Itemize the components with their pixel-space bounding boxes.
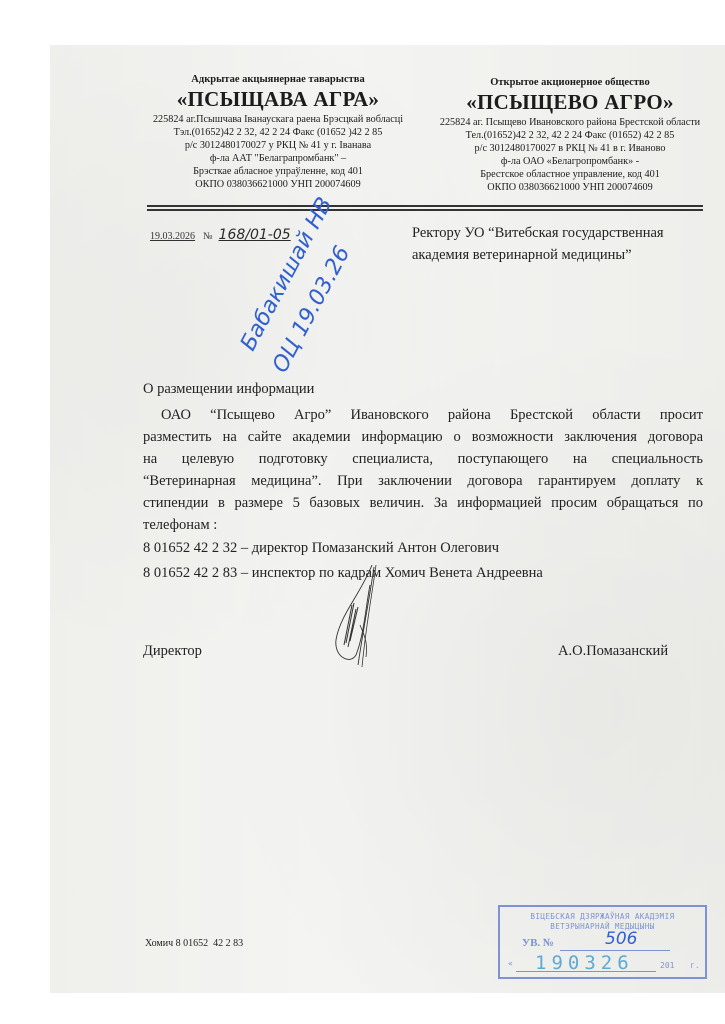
stamp-date-prefix: « [508, 959, 513, 968]
company-name: «ПСЫЩАВА АГРА» [142, 87, 414, 111]
body-line: разместить на сайте академии информацию … [143, 426, 703, 448]
phone-line: Тел.(01652)42 2 32, 42 2 24 Факс (01652)… [422, 129, 718, 142]
bank-line: ф-ла ААТ "Белаграпромбанк" – [142, 152, 414, 165]
signatory-position: Директор [143, 640, 202, 662]
number-sign: № [203, 231, 213, 242]
contact-hr-inspector: 8 01652 42 2 83 – инспектор по кадрам Хо… [143, 561, 703, 586]
address-line: 225824 аг. Псыщево Ивановского района Бр… [422, 116, 718, 129]
executor-note: Хомич 8 01652 42 2 83 [145, 938, 243, 949]
contacts-list: 8 01652 42 2 32 – директор Помазанский А… [143, 536, 703, 586]
stamp-year-suffix: г. [690, 961, 700, 970]
outgoing-date: 19.03.2026 [150, 231, 195, 242]
stamp-date-value: 190326 [535, 952, 634, 974]
addressee-line-1: Ректору УО “Витебская государственная [412, 222, 712, 244]
company-name: «ПСЫЩЕВО АГРО» [422, 90, 718, 114]
addressee-line-2: академия ветеринарной медицины” [412, 244, 712, 266]
addressee-block: Ректору УО “Витебская государственная ак… [412, 222, 712, 266]
signature-scribble [330, 565, 400, 670]
body-line: “Ветеринарная медицина”. При заключении … [143, 470, 703, 492]
letterhead-russian: Открытое акционерное общество «ПСЫЩЕВО А… [422, 77, 718, 194]
header-rule-top [147, 205, 703, 207]
company-kind: Адкрытае акцыянернае таварыства [142, 74, 414, 85]
registration-stamp: ВІЦЕБСКАЯ ДЗЯРЖАЎНАЯ АКАДЭМІЯ ВЕТЭРЫНАРН… [498, 905, 707, 979]
stamp-reg-underline [560, 950, 670, 951]
company-kind: Открытое акционерное общество [422, 77, 718, 88]
account-line: р/с 3012480170027 в РКЦ № 41 в г. Иванов… [422, 142, 718, 155]
header-rule-bottom [147, 209, 703, 211]
stamp-year-prefix: 201 [660, 961, 674, 970]
stamp-org-line-2: ВЕТЭРЫНАРНАЙ МЕДЫЦЫНЫ [500, 922, 705, 932]
phone-line: Тэл.(01652)42 2 32, 42 2 24 Факс (01652 … [142, 126, 414, 139]
letter-subject: О размещении информации [143, 378, 314, 400]
body-line: стипендии в размере 5 базовых величин. З… [143, 492, 703, 514]
bank-branch-line: Брэсткае абласное упраўленне, код 401 [142, 165, 414, 178]
bank-branch-line: Брестское областное управление, код 401 [422, 168, 718, 181]
okpo-line: ОКПО 038036621000 УНП 200074609 [142, 178, 414, 191]
okpo-line: ОКПО 038036621000 УНП 200074609 [422, 181, 718, 194]
body-line: телефонам : [143, 514, 703, 536]
address-line: 225824 аг.Псышчава Іванаускага раена Брэ… [142, 113, 414, 126]
body-line: на целевую подготовку специалиста, посту… [143, 448, 703, 470]
stamp-reg-label: УВ. № [522, 937, 554, 949]
letterhead-belarusian: Адкрытае акцыянернае таварыства «ПСЫЩАВА… [142, 74, 414, 191]
bank-line: ф-ла ОАО «Белагропромбанк» - [422, 155, 718, 168]
stamp-reg-number: 506 [605, 929, 637, 949]
contact-director: 8 01652 42 2 32 – директор Помазанский А… [143, 536, 703, 561]
account-line: р/с 3012480170027 у РКЦ № 41 у г. Іванав… [142, 139, 414, 152]
outgoing-reference: 19.03.2026 № 168/01-05 [150, 226, 291, 244]
stamp-org-line-1: ВІЦЕБСКАЯ ДЗЯРЖАЎНАЯ АКАДЭМІЯ [500, 912, 705, 922]
signatory-name: А.О.Помазанский [558, 640, 668, 662]
letter-body: ОАО “Псыщево Агро” Ивановского района Бр… [143, 404, 703, 536]
outgoing-number-handwritten: 168/01-05 [219, 227, 291, 243]
body-line: ОАО “Псыщево Агро” Ивановского района Бр… [143, 404, 703, 426]
